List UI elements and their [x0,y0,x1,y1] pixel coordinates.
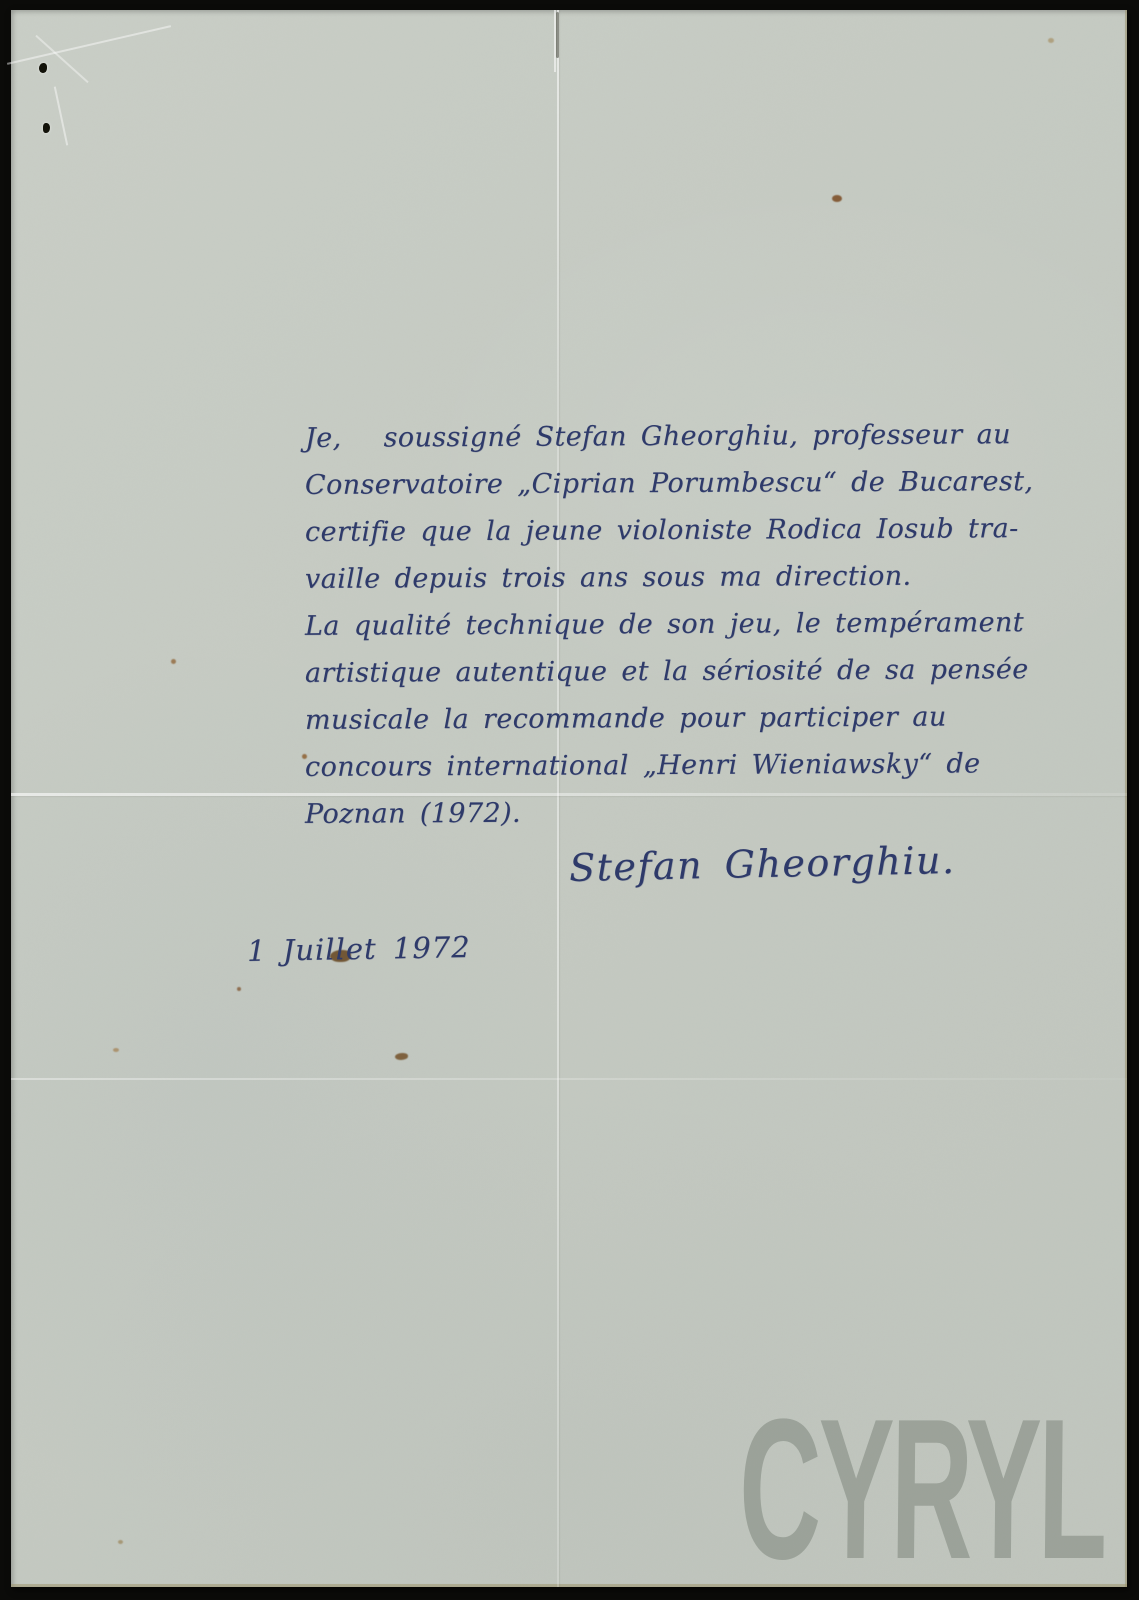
scan-background: Je, soussigné Stefan Gheorghiu, professe… [0,0,1139,1600]
handwritten-line: Conservatoire „Ciprian Porumbescu“ de Bu… [305,458,1034,509]
handwritten-line: Poznan (1972). [305,787,1034,838]
document-page: Je, soussigné Stefan Gheorghiu, professe… [11,10,1127,1587]
cyryl-watermark: CYRYL [738,1415,1105,1565]
handwritten-line: artistique autentique et la sériosité de… [305,646,1034,697]
foxing-spot [832,195,842,202]
handwritten-line: concours international „Henri Wieniawsky… [305,740,1034,791]
staple-hole [39,63,47,73]
signature: Stefan Gheorghiu. [569,838,956,890]
corner-crease [35,35,88,83]
foxing-spot [237,987,241,991]
handwritten-line: musicale la recommande pour participer a… [305,693,1034,744]
handwritten-line: Je, soussigné Stefan Gheorghiu, professe… [305,411,1034,462]
foxing-spot [113,1048,119,1052]
foxing-spot [395,1053,408,1060]
corner-crease [54,86,68,145]
foxing-spot [171,659,176,664]
handwritten-line: certifie que la jeune violoniste Rodica … [305,505,1034,556]
staple-hole [43,123,50,133]
edge-tear [556,12,559,58]
date-line: 1 Juillet 1972 [247,930,471,968]
handwritten-line: La qualité technique de son jeu, le temp… [305,599,1034,650]
foxing-spot [1048,38,1054,43]
letter-body: Je, soussigné Stefan Gheorghiu, professe… [305,413,1033,836]
handwritten-line: vaille depuis trois ans sous ma directio… [305,552,1034,603]
edge-tear-crease [554,10,556,72]
horizontal-fold-crease-faint [11,1078,1127,1080]
foxing-spot [118,1540,123,1544]
corner-crease [7,25,171,65]
